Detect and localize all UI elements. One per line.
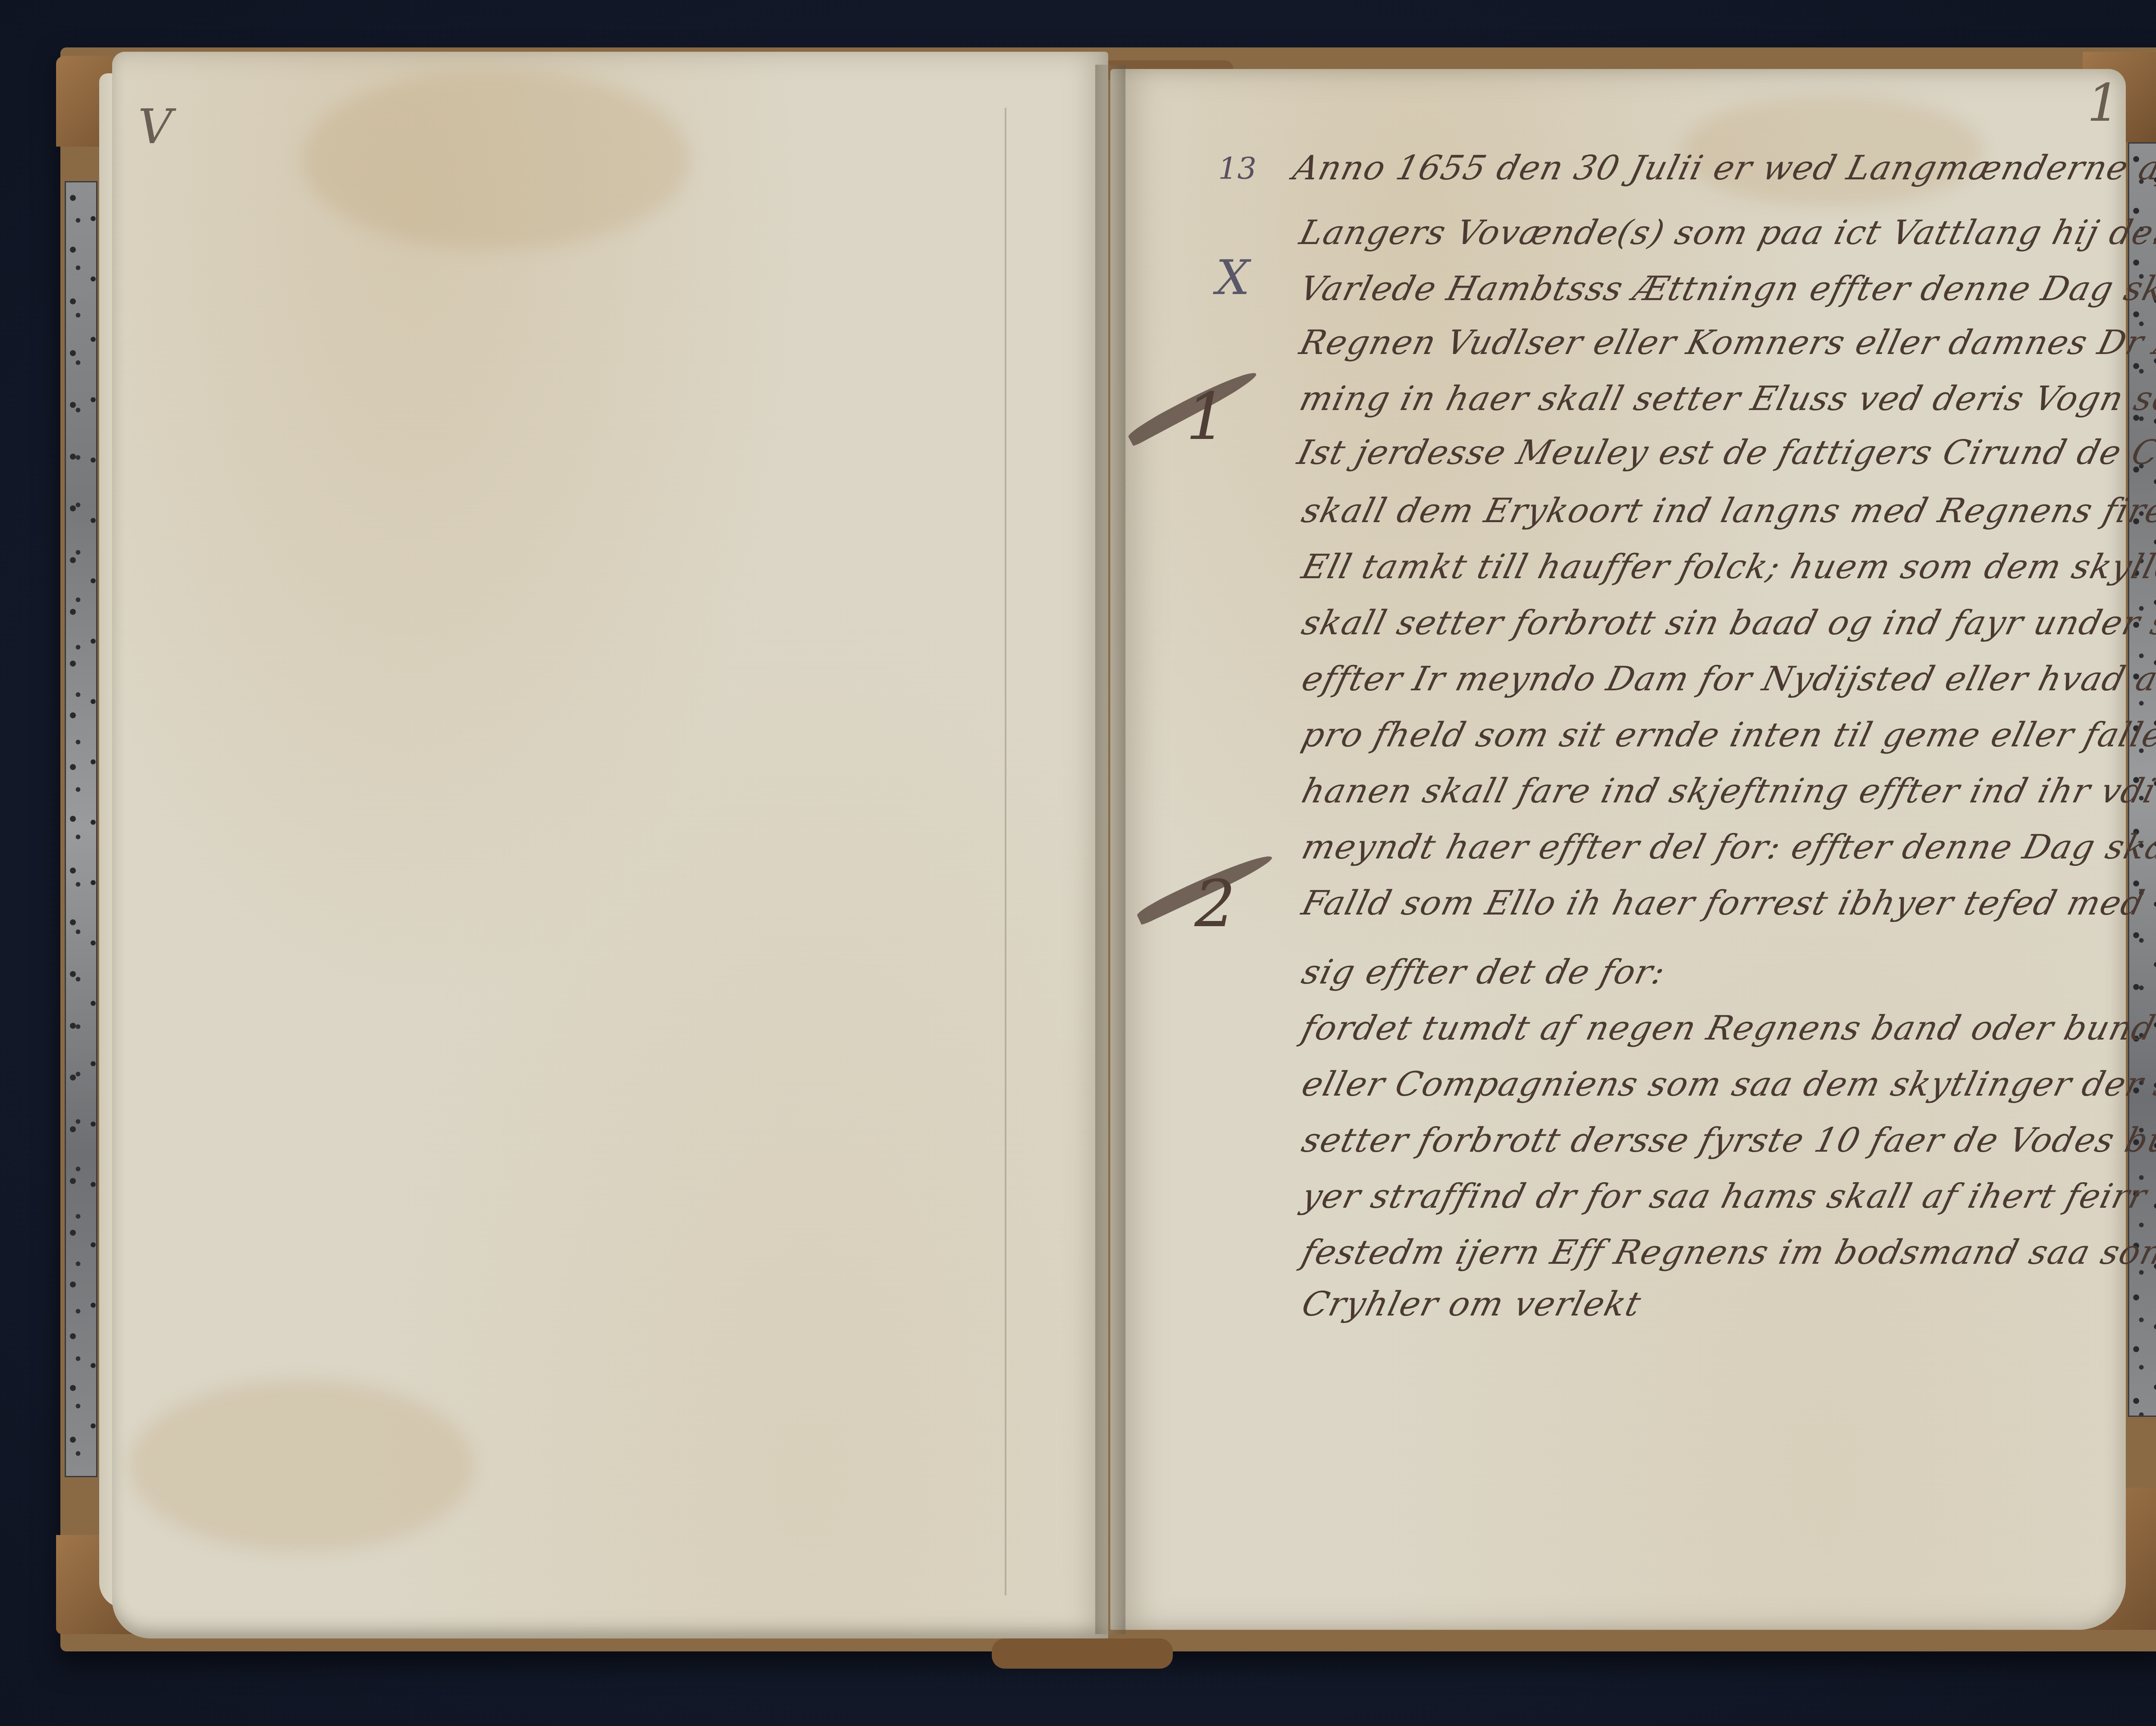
margin-cross-mark: X — [1216, 250, 1250, 305]
left-edge-mark: V — [138, 99, 172, 154]
manuscript-line: Varlede Hambtsss Ættningn effter denne D… — [1296, 269, 2156, 308]
manuscript-line: pro fheld som sit ernde inten til geme e… — [1298, 716, 2156, 755]
manuscript-line: skall setter forbrott sin baad og ind fa… — [1298, 604, 2156, 642]
manuscript-line: effter Ir meyndo Dam for Nydijsted eller… — [1298, 660, 2156, 699]
manuscript-line: Langers Vovænde(s) som paa ict Vattlang … — [1296, 213, 2156, 252]
article-number-2: 2 — [1194, 867, 1235, 942]
book-gutter — [1095, 65, 1125, 1634]
water-stain — [302, 69, 690, 250]
water-stain — [129, 1380, 474, 1552]
margin-note: 13 — [1218, 151, 1257, 186]
manuscript-line: Regnen Vudlser eller Komners eller damne… — [1296, 323, 2156, 362]
manuscript-line: eller Compagniens som saa dem skytlinger… — [1298, 1065, 2156, 1104]
marbled-board-left — [65, 181, 97, 1477]
manuscript-line: skall dem Erykoort ind langns med Regnen… — [1298, 492, 2156, 530]
folio-number: 1 — [2087, 73, 2120, 133]
left-page-fold — [1005, 108, 1006, 1595]
manuscript-line: Ell tamkt till hauffer folck; huem som d… — [1298, 548, 2156, 586]
manuscript-line: Falld som Ello ih haer forrest ibhyer te… — [1298, 884, 2149, 923]
manuscript-line: Ist jerdesse Meuley est de fattigers Cir… — [1294, 433, 2156, 472]
manuscript-line: Cryhler om verlekt — [1298, 1285, 1645, 1324]
manuscript-line: ming in haer skall setter Eluss ved deri… — [1296, 379, 2156, 418]
article-number-1: 1 — [1186, 379, 1227, 454]
manuscript-line: fordet tumdt af negen Regnens band oder … — [1298, 1009, 2156, 1048]
manuscript-line: sig effter det de for: — [1298, 953, 1670, 992]
manuscript-line: yer straffind dr for saa hams skall af i… — [1298, 1177, 2156, 1216]
spine-tailcap — [992, 1638, 1173, 1669]
manuscript-line: hanen skall fare ind skjeftning effter i… — [1298, 772, 2156, 811]
manuscript-line: Anno 1655 den 30 Julii er wed Langmænder… — [1289, 149, 2156, 188]
manuscript-line: setter forbrott dersse fyrste 10 faer de… — [1298, 1121, 2156, 1160]
manuscript-line: festedm ijern Eff Regnens im bodsmand sa… — [1298, 1233, 2156, 1272]
manuscript-line: meyndt haer effter del for: effter denne… — [1298, 828, 2156, 867]
